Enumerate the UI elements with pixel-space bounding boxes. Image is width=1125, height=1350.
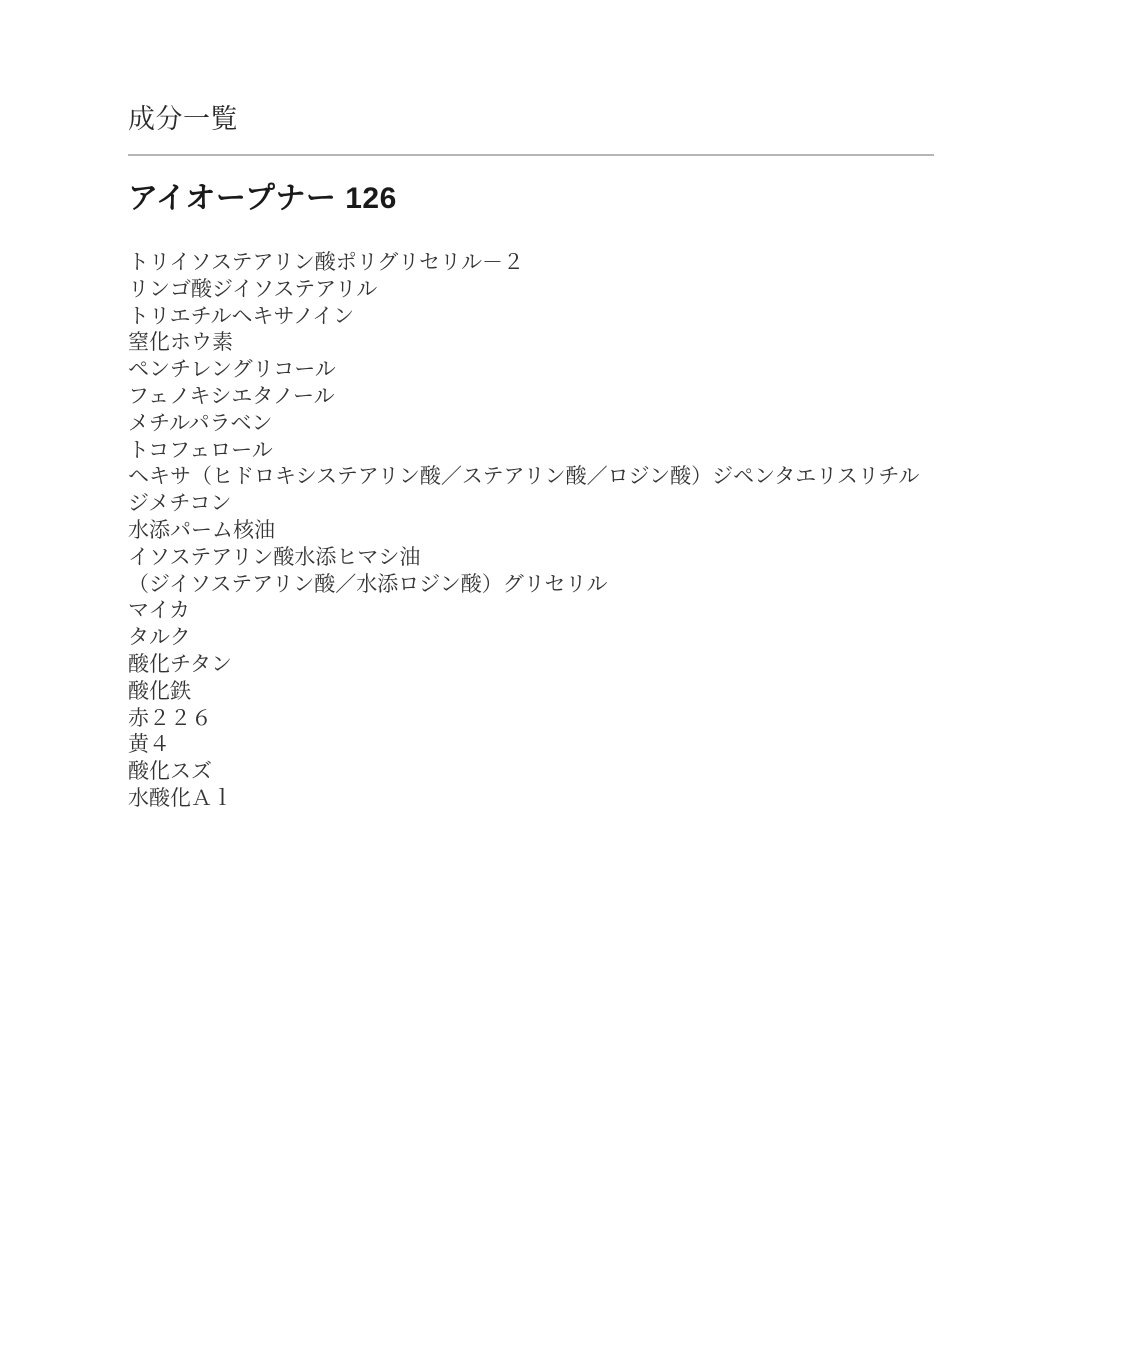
ingredient-item: 酸化スズ: [128, 759, 938, 786]
ingredient-item: トコフェロール: [128, 438, 938, 465]
ingredient-item: トリイソステアリン酸ポリグリセリル－２: [128, 250, 938, 277]
ingredient-item: 酸化チタン: [128, 652, 938, 679]
ingredient-item: （ジイソステアリン酸／水添ロジン酸）グリセリル: [128, 572, 938, 599]
ingredient-item: 酸化鉄: [128, 679, 938, 706]
ingredient-list: トリイソステアリン酸ポリグリセリル－２リンゴ酸ジイソステアリルトリエチルヘキサノ…: [128, 250, 938, 813]
ingredient-item: タルク: [128, 625, 938, 652]
page-title: 成分一覧: [128, 100, 937, 138]
ingredient-item: ヘキサ（ヒドロキシステアリン酸／ステアリン酸／ロジン酸）ジペンタエリスリチル: [128, 464, 938, 491]
page-header: 成分一覧: [128, 100, 937, 156]
ingredient-item: 水添パーム核油: [128, 518, 938, 545]
ingredient-item: 水酸化Ａｌ: [128, 786, 938, 813]
ingredient-item: ジメチコン: [128, 491, 938, 518]
ingredient-item: イソステアリン酸水添ヒマシ油: [128, 545, 938, 572]
ingredient-item: 赤２２６: [128, 706, 938, 733]
ingredient-item: リンゴ酸ジイソステアリル: [128, 277, 938, 304]
ingredient-item: トリエチルヘキサノイン: [128, 304, 938, 331]
ingredient-item: フェノキシエタノール: [128, 384, 938, 411]
ingredients-section: アイオープナー 126 トリイソステアリン酸ポリグリセリル－２リンゴ酸ジイソステ…: [128, 178, 937, 813]
ingredient-item: メチルパラベン: [128, 411, 938, 438]
ingredient-item: 窒化ホウ素: [128, 330, 938, 357]
header-divider: [128, 154, 934, 156]
ingredient-item: マイカ: [128, 598, 938, 625]
ingredient-item: 黄４: [128, 732, 938, 759]
ingredients-page: 成分一覧 アイオープナー 126 トリイソステアリン酸ポリグリセリル－２リンゴ酸…: [0, 0, 1125, 1350]
product-name: アイオープナー 126: [128, 178, 937, 220]
ingredient-item: ペンチレングリコール: [128, 357, 938, 384]
